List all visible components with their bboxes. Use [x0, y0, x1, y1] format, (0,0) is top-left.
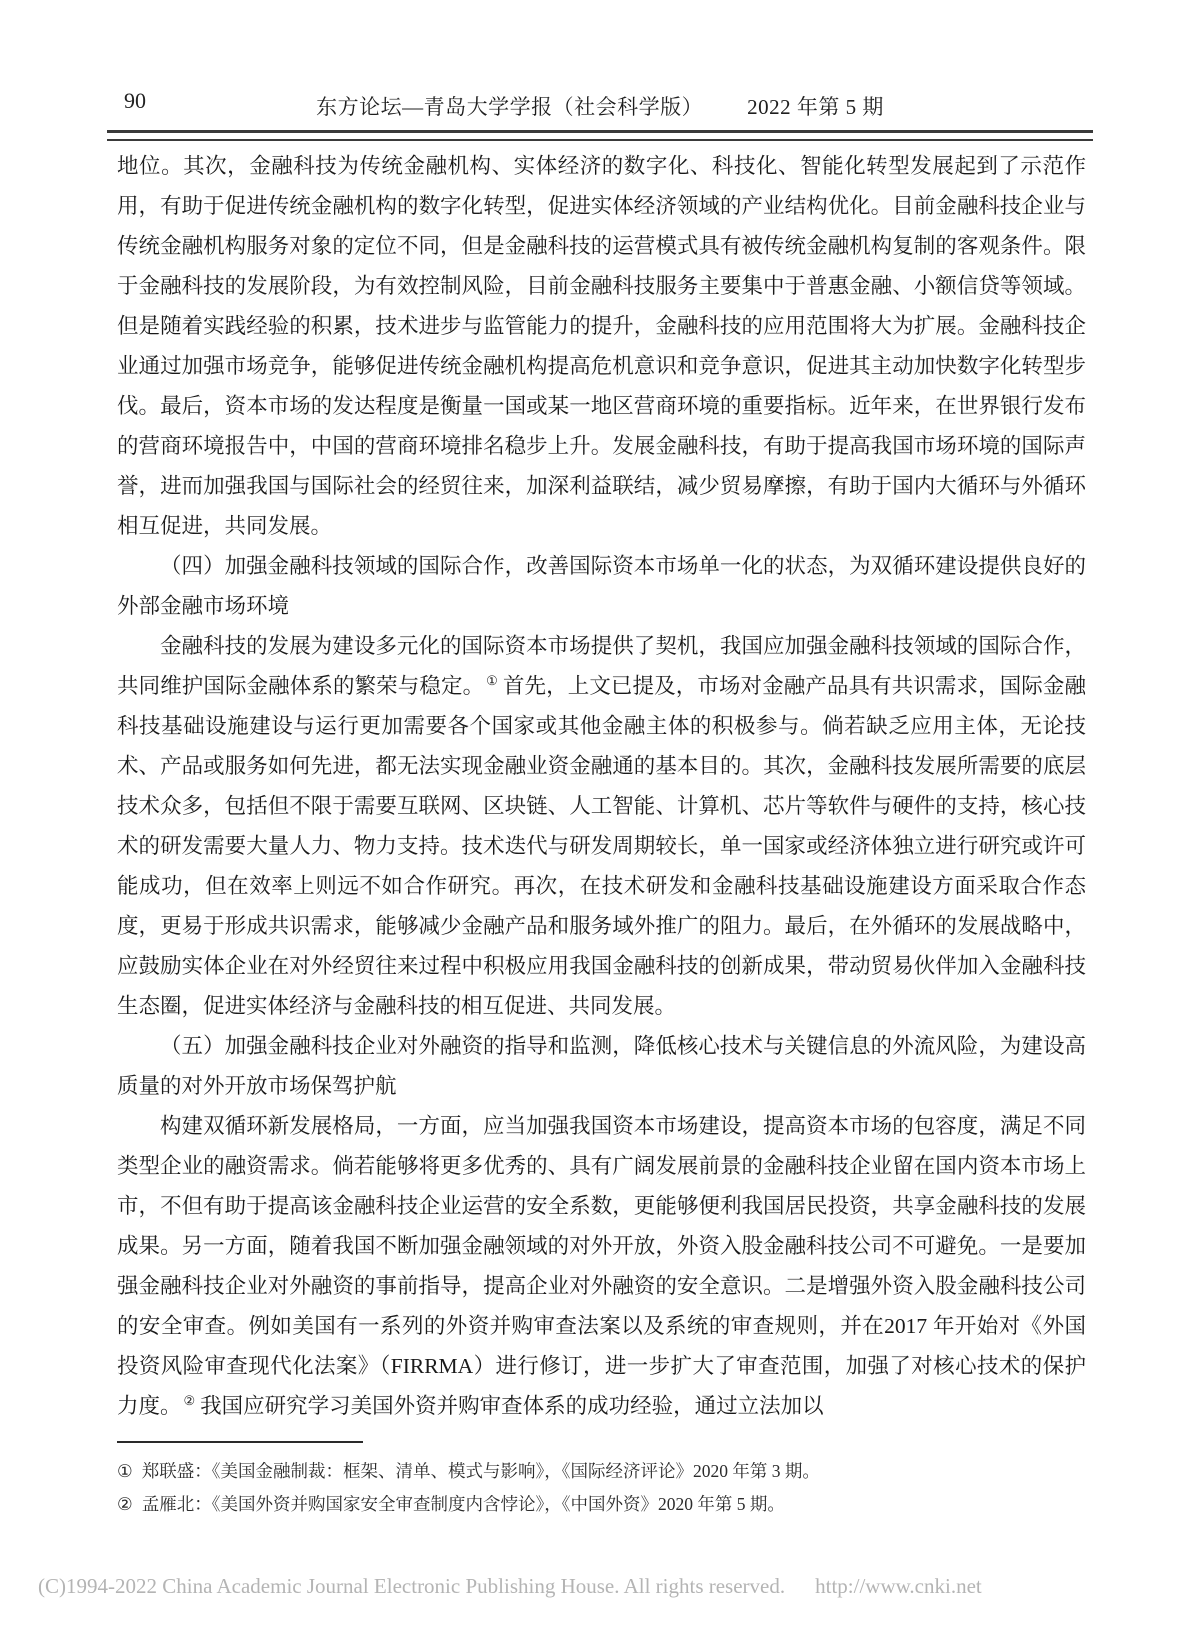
paragraph-text: 首先，上文已提及，市场对金融产品具有共识需求，国际金融科技基础设施建设与运行更加… [117, 674, 1086, 1018]
footnote-text: 孟雁北：《美国外资并购国家安全审查制度内含悖论》，《中国外资》2020 年第 5… [142, 1494, 785, 1514]
journal-title: 东方论坛—青岛大学学报（社会科学版） [316, 95, 703, 119]
cnki-url: http://www.cnki.net [815, 1574, 982, 1598]
section-heading-five: （五）加强金融科技企业对外融资的指导和监测，降低核心技术与关键信息的外流风险，为… [117, 1026, 1086, 1106]
section-heading-four: （四）加强金融科技领域的国际合作，改善国际资本市场单一化的状态，为双循环建设提供… [117, 546, 1086, 626]
copyright-text: (C)1994-2022 China Academic Journal Elec… [38, 1574, 785, 1598]
paragraph-text: 我国应研究学习美国外资并购审查体系的成功经验，通过立法加以 [200, 1394, 824, 1418]
footnote-marker: ② [117, 1494, 133, 1514]
footnote-text: 郑联盛：《美国金融制裁：框架、清单、模式与影响》，《国际经济评论》2020 年第… [142, 1461, 820, 1481]
footnote-item: ①郑联盛：《美国金融制裁：框架、清单、模式与影响》，《国际经济评论》2020 年… [117, 1455, 1086, 1488]
body-paragraph: 地位。其次，金融科技为传统金融机构、实体经济的数字化、科技化、智能化转型发展起到… [117, 146, 1086, 546]
body-paragraph: 金融科技的发展为建设多元化的国际资本市场提供了契机，我国应加强金融科技领域的国际… [117, 626, 1086, 1026]
header-double-rule [107, 130, 1093, 141]
footnote-separator [117, 1441, 363, 1443]
footnote-ref-1: ① [484, 673, 503, 688]
footnote-ref-2: ② [182, 1393, 201, 1408]
article-body: 地位。其次，金融科技为传统金融机构、实体经济的数字化、科技化、智能化转型发展起到… [117, 146, 1086, 1426]
journal-page: 90 东方论坛—青岛大学学报（社会科学版）2022 年第 5 期 地位。其次，金… [0, 0, 1200, 1630]
paragraph-text: 构建双循环新发展格局，一方面，应当加强我国资本市场建设，提高资本市场的包容度，满… [117, 1114, 1086, 1418]
footnote-item: ②孟雁北：《美国外资并购国家安全审查制度内含悖论》，《中国外资》2020 年第 … [117, 1488, 1086, 1521]
body-paragraph: 构建双循环新发展格局，一方面，应当加强我国资本市场建设，提高资本市场的包容度，满… [117, 1106, 1086, 1426]
issue-label: 2022 年第 5 期 [747, 95, 884, 119]
footnote-list: ①郑联盛：《美国金融制裁：框架、清单、模式与影响》，《国际经济评论》2020 年… [117, 1455, 1086, 1521]
footnote-marker: ① [117, 1461, 133, 1481]
page-footer: (C)1994-2022 China Academic Journal Elec… [38, 1574, 982, 1599]
running-head: 东方论坛—青岛大学学报（社会科学版）2022 年第 5 期 [0, 91, 1200, 121]
